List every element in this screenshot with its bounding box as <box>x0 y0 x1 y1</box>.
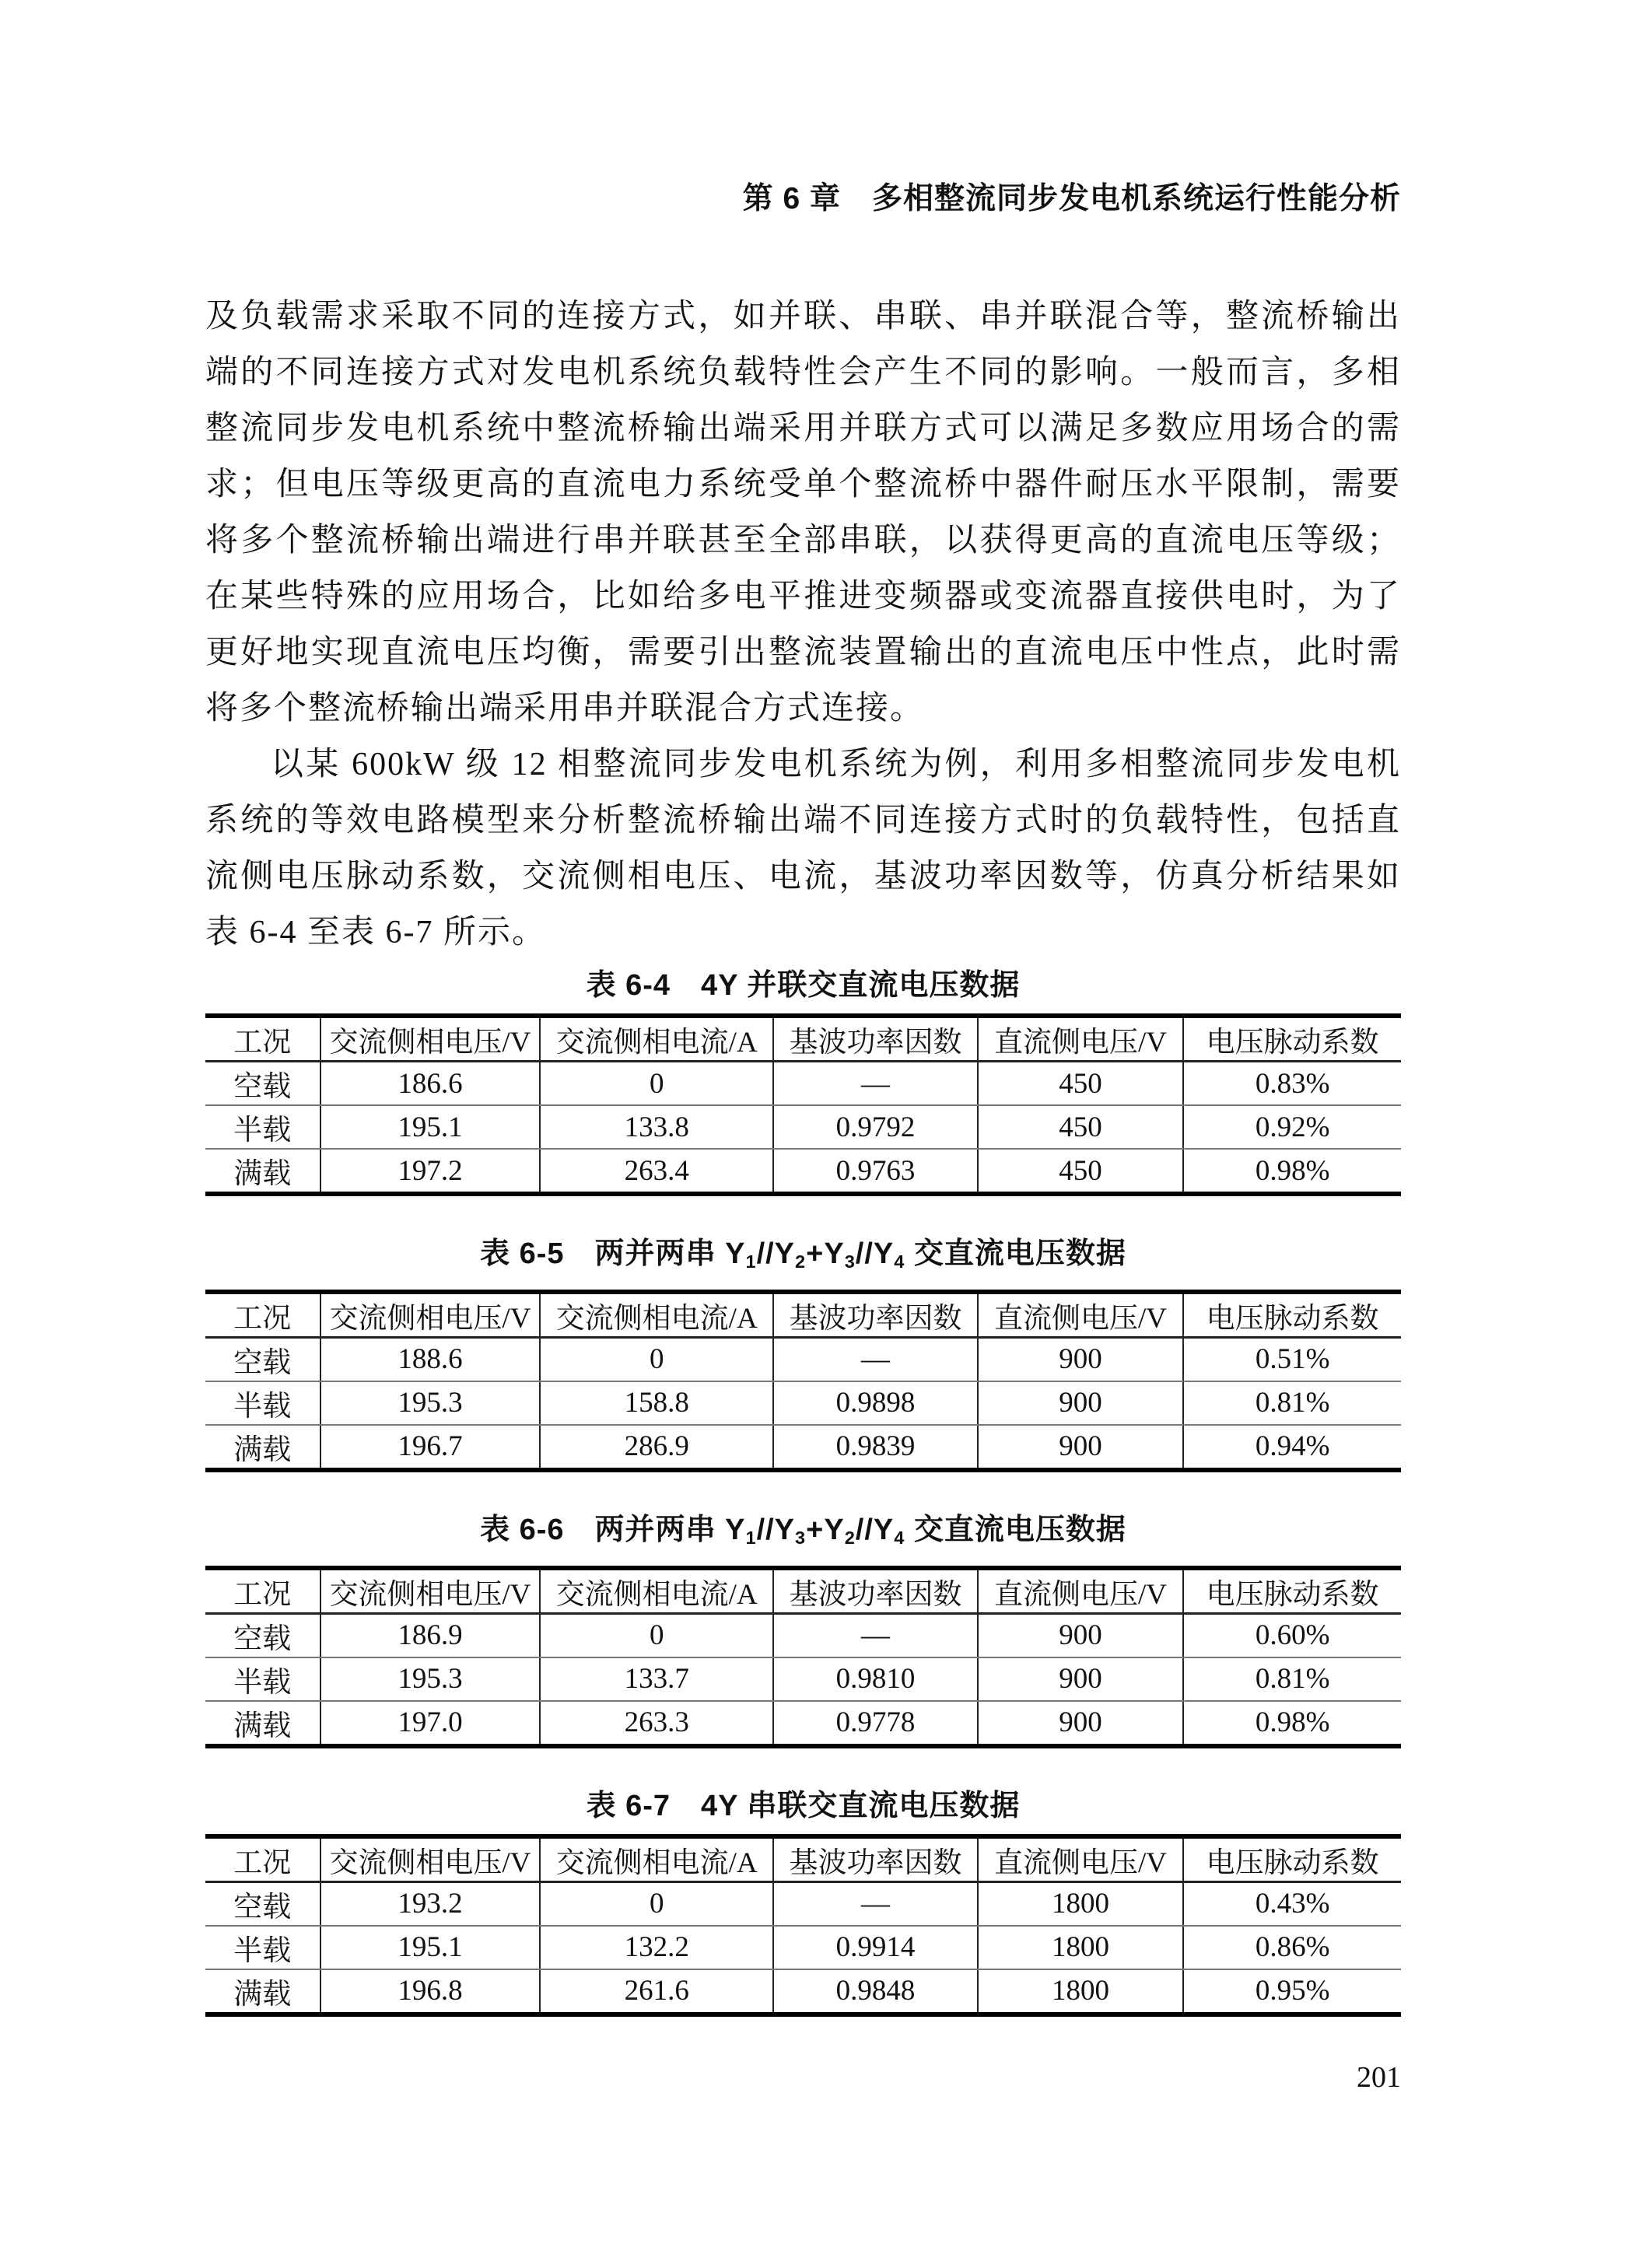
table-cell: 0.43% <box>1183 1881 1401 1926</box>
table-6-6: 工况 交流侧相电压/V 交流侧相电流/A 基波功率因数 直流侧电压/V 电压脉动… <box>205 1566 1401 1748</box>
table-cell: 0 <box>540 1881 773 1926</box>
table-6-5-caption: 表 6-5 两并两串 Y1//Y2+Y3//Y4 交直流电压数据 <box>205 1238 1401 1277</box>
column-header: 基波功率因数 <box>773 1836 978 1882</box>
table-cell: 0.92% <box>1183 1105 1401 1149</box>
caption-subscript: 1 <box>745 1528 756 1548</box>
caption-text: +Y <box>806 1237 845 1270</box>
column-header: 交流侧相电压/V <box>320 1568 541 1614</box>
table-cell: 450 <box>978 1105 1183 1149</box>
caption-subscript: 3 <box>845 1251 856 1272</box>
table-cell: 197.0 <box>320 1701 541 1746</box>
table-cell: 空载 <box>205 1613 320 1657</box>
paragraph-1: 及负载需求采取不同的连接方式，如并联、串联、串并联混合等，整流桥输出端的不同连接… <box>205 289 1401 737</box>
caption-text: 交直流电压数据 <box>905 1237 1126 1270</box>
table-cell: 半载 <box>205 1381 320 1425</box>
table-6-4-section: 表 6-4 4Y 并联交直流电压数据 工况 交流侧相电压/V 交流侧相电流/A … <box>205 970 1401 1196</box>
table-cell: 450 <box>978 1062 1183 1106</box>
table-cell: 半载 <box>205 1105 320 1149</box>
table-cell: 900 <box>978 1701 1183 1746</box>
table-row: 满载 196.8 261.6 0.9848 1800 0.95% <box>205 1969 1401 2014</box>
table-row: 半载 195.3 133.7 0.9810 900 0.81% <box>205 1657 1401 1701</box>
table-6-7-section: 表 6-7 4Y 串联交直流电压数据 工况 交流侧相电压/V 交流侧相电流/A … <box>205 1790 1401 2017</box>
table-row: 空载 186.6 0 — 450 0.83% <box>205 1062 1401 1106</box>
table-cell: 0.60% <box>1183 1613 1401 1657</box>
table-row: 空载 186.9 0 — 900 0.60% <box>205 1613 1401 1657</box>
table-cell: 半载 <box>205 1926 320 1969</box>
table-cell: 0.98% <box>1183 1149 1401 1194</box>
table-cell: 空载 <box>205 1062 320 1106</box>
column-header: 交流侧相电压/V <box>320 1292 541 1338</box>
table-cell: 186.9 <box>320 1613 541 1657</box>
table-header-row: 工况 交流侧相电压/V 交流侧相电流/A 基波功率因数 直流侧电压/V 电压脉动… <box>205 1016 1401 1062</box>
column-header: 电压脉动系数 <box>1183 1292 1401 1338</box>
table-6-4: 工况 交流侧相电压/V 交流侧相电流/A 基波功率因数 直流侧电压/V 电压脉动… <box>205 1013 1401 1196</box>
caption-subscript: 1 <box>745 1251 756 1272</box>
table-cell: — <box>773 1613 978 1657</box>
column-header: 交流侧相电流/A <box>540 1568 773 1614</box>
table-cell: 0.94% <box>1183 1425 1401 1470</box>
table-cell: 188.6 <box>320 1337 541 1381</box>
caption-text: 表 6-5 两并两串 Y <box>480 1237 745 1270</box>
column-header: 基波功率因数 <box>773 1016 978 1062</box>
caption-text: //Y <box>856 1237 894 1270</box>
caption-text: 表 6-4 4Y 并联交直流电压数据 <box>587 969 1021 1002</box>
table-cell: 132.2 <box>540 1926 773 1969</box>
table-cell: 0.9810 <box>773 1657 978 1701</box>
column-header: 直流侧电压/V <box>978 1568 1183 1614</box>
column-header: 交流侧相电流/A <box>540 1292 773 1338</box>
table-cell: 0 <box>540 1337 773 1381</box>
table-cell: 133.7 <box>540 1657 773 1701</box>
table-row: 空载 193.2 0 — 1800 0.43% <box>205 1881 1401 1926</box>
table-cell: 0.81% <box>1183 1381 1401 1425</box>
table-6-4-caption: 表 6-4 4Y 并联交直流电压数据 <box>205 970 1401 1001</box>
column-header: 交流侧相电压/V <box>320 1836 541 1882</box>
table-row: 满载 196.7 286.9 0.9839 900 0.94% <box>205 1425 1401 1470</box>
table-6-5: 工况 交流侧相电压/V 交流侧相电流/A 基波功率因数 直流侧电压/V 电压脉动… <box>205 1290 1401 1472</box>
table-header-row: 工况 交流侧相电压/V 交流侧相电流/A 基波功率因数 直流侧电压/V 电压脉动… <box>205 1292 1401 1338</box>
table-cell: 196.8 <box>320 1969 541 2014</box>
body-text: 及负载需求采取不同的连接方式，如并联、串联、串并联混合等，整流桥输出端的不同连接… <box>205 289 1401 961</box>
table-cell: 0.81% <box>1183 1657 1401 1701</box>
table-cell: 158.8 <box>540 1381 773 1425</box>
page-number: 201 <box>205 2060 1401 2095</box>
caption-text: +Y <box>806 1514 845 1546</box>
table-cell: 0.86% <box>1183 1926 1401 1969</box>
table-cell: 196.7 <box>320 1425 541 1470</box>
caption-text: 交直流电压数据 <box>905 1514 1126 1546</box>
table-cell: — <box>773 1337 978 1381</box>
table-row: 半载 195.1 132.2 0.9914 1800 0.86% <box>205 1926 1401 1969</box>
caption-subscript: 2 <box>845 1528 856 1548</box>
paragraph-2: 以某 600kW 级 12 相整流同步发电机系统为例，利用多相整流同步发电机系统… <box>205 737 1401 961</box>
table-cell: 195.3 <box>320 1657 541 1701</box>
column-header: 交流侧相电流/A <box>540 1836 773 1882</box>
table-cell: 900 <box>978 1613 1183 1657</box>
table-cell: 空载 <box>205 1881 320 1926</box>
column-header: 电压脉动系数 <box>1183 1568 1401 1614</box>
caption-text: //Y <box>757 1514 795 1546</box>
table-6-7: 工况 交流侧相电压/V 交流侧相电流/A 基波功率因数 直流侧电压/V 电压脉动… <box>205 1834 1401 2017</box>
column-header: 交流侧相电流/A <box>540 1016 773 1062</box>
table-cell: 0.51% <box>1183 1337 1401 1381</box>
caption-subscript: 2 <box>795 1251 806 1272</box>
table-cell: 0.95% <box>1183 1969 1401 2014</box>
table-row: 半载 195.1 133.8 0.9792 450 0.92% <box>205 1105 1401 1149</box>
table-cell: 0.9839 <box>773 1425 978 1470</box>
caption-subscript: 4 <box>894 1528 905 1548</box>
table-cell: 900 <box>978 1337 1183 1381</box>
table-cell: — <box>773 1881 978 1926</box>
column-header: 基波功率因数 <box>773 1292 978 1338</box>
table-cell: 0.83% <box>1183 1062 1401 1106</box>
table-cell: 1800 <box>978 1969 1183 2014</box>
caption-text: 表 6-7 4Y 串联交直流电压数据 <box>587 1790 1021 1822</box>
caption-text: //Y <box>757 1237 795 1270</box>
caption-text: //Y <box>856 1514 894 1546</box>
column-header: 工况 <box>205 1568 320 1614</box>
table-cell: 261.6 <box>540 1969 773 2014</box>
table-cell: 900 <box>978 1425 1183 1470</box>
table-cell: 满载 <box>205 1149 320 1194</box>
column-header: 直流侧电压/V <box>978 1292 1183 1338</box>
column-header: 交流侧相电压/V <box>320 1016 541 1062</box>
column-header: 工况 <box>205 1016 320 1062</box>
caption-subscript: 3 <box>795 1528 806 1548</box>
table-header-row: 工况 交流侧相电压/V 交流侧相电流/A 基波功率因数 直流侧电压/V 电压脉动… <box>205 1836 1401 1882</box>
table-cell: 263.4 <box>540 1149 773 1194</box>
table-6-5-section: 表 6-5 两并两串 Y1//Y2+Y3//Y4 交直流电压数据 工况 交流侧相… <box>205 1238 1401 1472</box>
table-cell: 满载 <box>205 1425 320 1470</box>
table-cell: 空载 <box>205 1337 320 1381</box>
book-page: 第 6 章 多相整流同步发电机系统运行性能分析 及负载需求采取不同的连接方式，如… <box>0 0 1625 2268</box>
caption-subscript: 4 <box>894 1251 905 1272</box>
table-cell: 195.1 <box>320 1105 541 1149</box>
table-cell: 0.9792 <box>773 1105 978 1149</box>
table-row: 满载 197.0 263.3 0.9778 900 0.98% <box>205 1701 1401 1746</box>
table-cell: 0.9898 <box>773 1381 978 1425</box>
table-header-row: 工况 交流侧相电压/V 交流侧相电流/A 基波功率因数 直流侧电压/V 电压脉动… <box>205 1568 1401 1614</box>
table-cell: 满载 <box>205 1969 320 2014</box>
table-cell: 0.98% <box>1183 1701 1401 1746</box>
table-cell: 半载 <box>205 1657 320 1701</box>
caption-text: 表 6-6 两并两串 Y <box>480 1514 745 1546</box>
table-cell: 1800 <box>978 1881 1183 1926</box>
table-cell: 900 <box>978 1657 1183 1701</box>
table-6-6-caption: 表 6-6 两并两串 Y1//Y3+Y2//Y4 交直流电压数据 <box>205 1514 1401 1553</box>
table-cell: 1800 <box>978 1926 1183 1969</box>
table-cell: 900 <box>978 1381 1183 1425</box>
table-cell: 133.8 <box>540 1105 773 1149</box>
table-cell: 0 <box>540 1613 773 1657</box>
column-header: 电压脉动系数 <box>1183 1016 1401 1062</box>
table-cell: 286.9 <box>540 1425 773 1470</box>
column-header: 直流侧电压/V <box>978 1016 1183 1062</box>
column-header: 直流侧电压/V <box>978 1836 1183 1882</box>
table-6-6-section: 表 6-6 两并两串 Y1//Y3+Y2//Y4 交直流电压数据 工况 交流侧相… <box>205 1514 1401 1748</box>
table-cell: — <box>773 1062 978 1106</box>
table-cell: 197.2 <box>320 1149 541 1194</box>
table-cell: 263.3 <box>540 1701 773 1746</box>
table-cell: 0.9778 <box>773 1701 978 1746</box>
table-cell: 195.1 <box>320 1926 541 1969</box>
column-header: 基波功率因数 <box>773 1568 978 1614</box>
table-cell: 0.9763 <box>773 1149 978 1194</box>
table-cell: 0.9848 <box>773 1969 978 2014</box>
table-6-7-caption: 表 6-7 4Y 串联交直流电压数据 <box>205 1790 1401 1822</box>
table-cell: 450 <box>978 1149 1183 1194</box>
table-cell: 186.6 <box>320 1062 541 1106</box>
column-header: 电压脉动系数 <box>1183 1836 1401 1882</box>
chapter-header: 第 6 章 多相整流同步发电机系统运行性能分析 <box>205 181 1401 217</box>
table-cell: 满载 <box>205 1701 320 1746</box>
table-cell: 0.9914 <box>773 1926 978 1969</box>
table-cell: 195.3 <box>320 1381 541 1425</box>
table-row: 半载 195.3 158.8 0.9898 900 0.81% <box>205 1381 1401 1425</box>
table-cell: 193.2 <box>320 1881 541 1926</box>
column-header: 工况 <box>205 1836 320 1882</box>
page-content: 第 6 章 多相整流同步发电机系统运行性能分析 及负载需求采取不同的连接方式，如… <box>205 0 1401 2095</box>
table-row: 空载 188.6 0 — 900 0.51% <box>205 1337 1401 1381</box>
table-cell: 0 <box>540 1062 773 1106</box>
column-header: 工况 <box>205 1292 320 1338</box>
table-row: 满载 197.2 263.4 0.9763 450 0.98% <box>205 1149 1401 1194</box>
